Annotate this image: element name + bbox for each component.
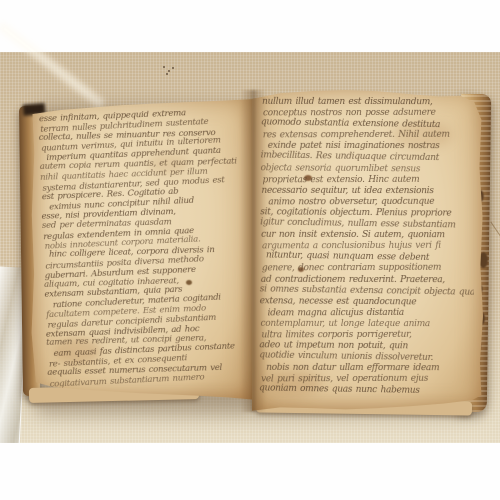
photograph: esse infinitam, quippequid extrematerram… bbox=[0, 0, 500, 500]
right-page-text: nullum illud tamen est dissimulandum,con… bbox=[259, 96, 475, 409]
left-page: esse infinitam, quippequid extrematerram… bbox=[28, 94, 254, 404]
manuscript-line: extensa, necesse est quandocunque bbox=[260, 296, 474, 309]
manuscript-line: ideam magna alicujus distantia bbox=[268, 307, 476, 319]
fabric-backdrop: esse infinitam, quippequid extrematerram… bbox=[0, 52, 500, 443]
manuscript-line: genere, donec contrariam suppositionem bbox=[262, 263, 475, 275]
left-page-text: esse infinitam, quippequid extrematerram… bbox=[38, 107, 253, 399]
manuscript-line: objecta sensoria quorumlibet sensus bbox=[261, 163, 475, 176]
photo-border-bottom bbox=[0, 443, 500, 500]
manuscript-line: nullum illud tamen est dissimulandum, bbox=[262, 97, 475, 108]
photo-border-top bbox=[0, 0, 500, 52]
right-page: nullum illud tamen est dissimulandum,con… bbox=[252, 85, 486, 415]
manuscript-line: quoniam omnes quas nunc habemus bbox=[259, 384, 473, 398]
manuscript-line: necessario sequitur, ut idea extensionis bbox=[261, 186, 475, 197]
manuscript-line: contemplamur, ut longe lateque anima bbox=[260, 319, 474, 330]
manuscript-line: proprietas est extensio. Hinc autem bbox=[262, 174, 475, 186]
manuscript-line: cur non insit extensio. Si autem, quonia… bbox=[261, 230, 475, 241]
manuscript-book: esse infinitam, quippequid extrematerram… bbox=[0, 52, 500, 443]
gutter-shadow bbox=[240, 90, 266, 412]
